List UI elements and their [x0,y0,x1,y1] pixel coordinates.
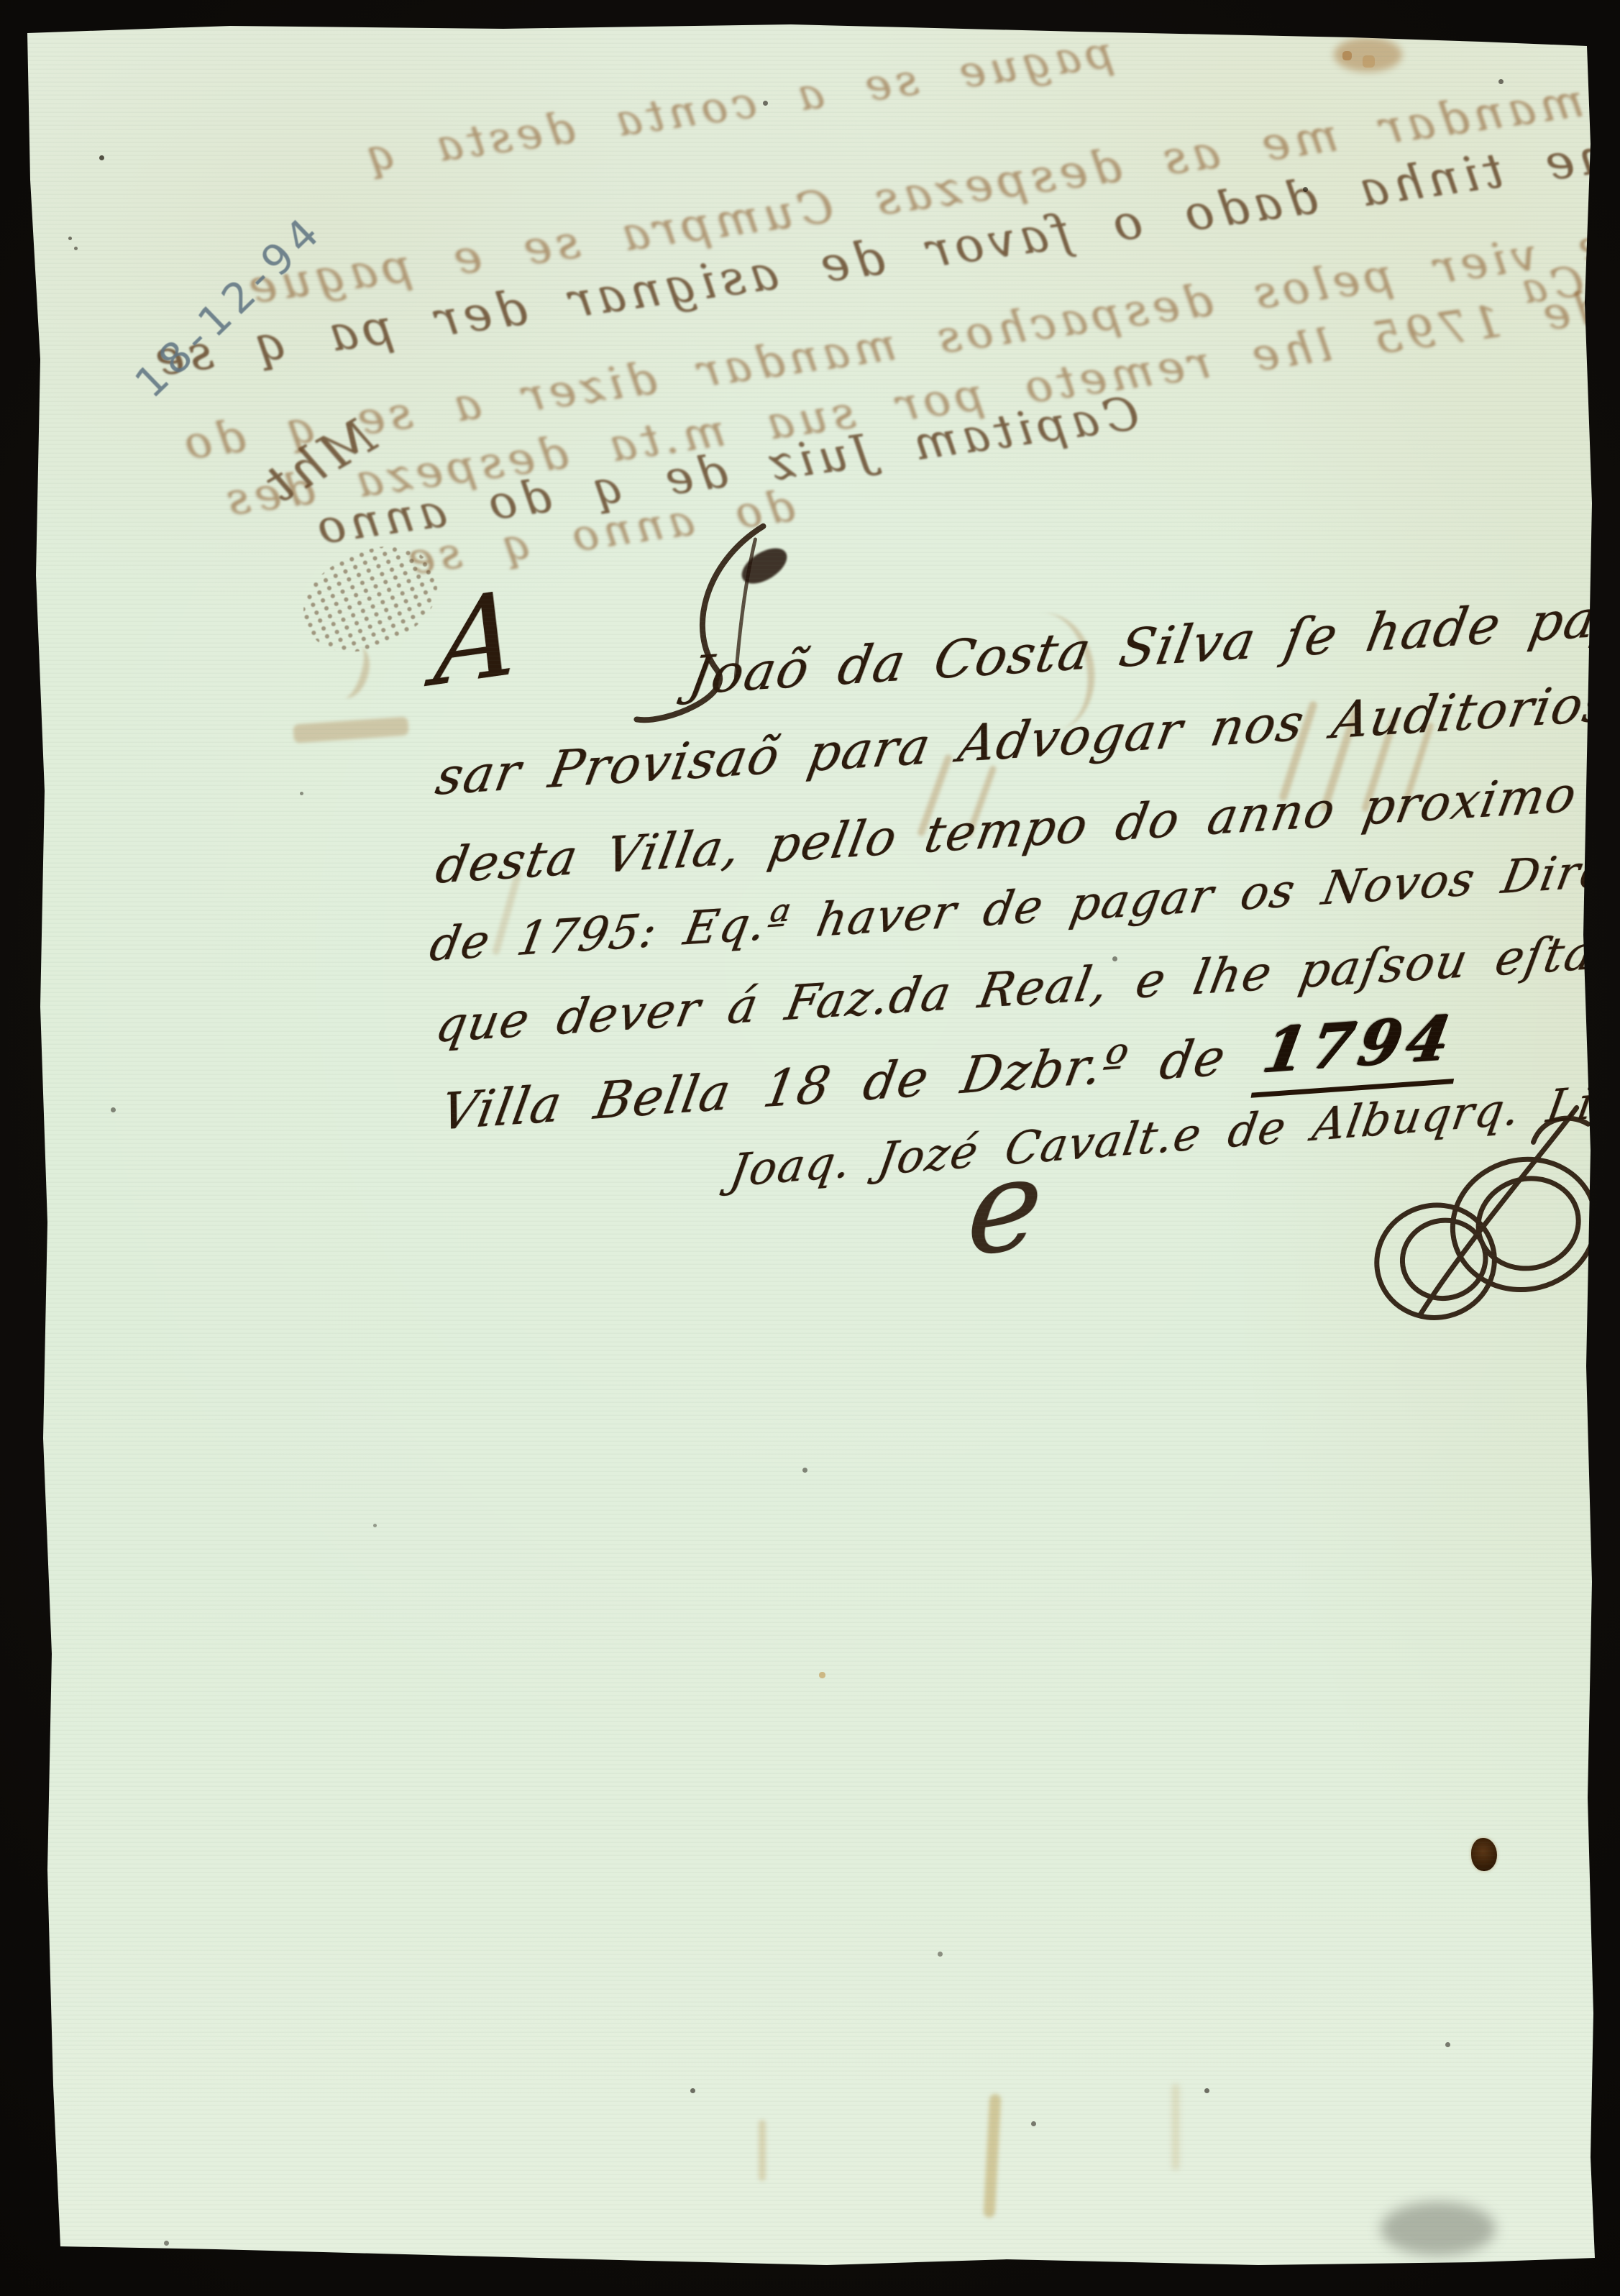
showthrough-line: pague se a conta desta q [360,27,1117,182]
corner-smudge [1381,2202,1496,2256]
scanned-manuscript-page: pague se a conta desta q He de mandar me… [0,0,1620,2296]
edge-stain [1334,37,1402,72]
showthrough-fragment: Mht [252,406,385,516]
stain-streak [1172,2084,1179,2170]
showthrough-fragment: Ca [1514,256,1588,314]
showthrough-stroke [1399,722,1434,813]
showthrough-line: que me vier pelos despachos mandar dizer… [177,192,1620,470]
opening-flourish-stroke [585,513,818,746]
showthrough-paraph-speckle [289,529,452,669]
showthrough-line: de 1795 lhe remeto por sua m.ta despeza … [219,280,1607,526]
signature-flourish-e: e [964,1140,1048,1275]
showthrough-stroke [965,765,997,838]
letter-opening-capital: A [431,574,523,703]
pencil-archival-date: 18-12-94 [125,205,332,408]
showthrough-stroke [1278,700,1318,802]
showthrough-crescent [993,607,1102,737]
paper-specks [0,0,2,2]
showthrough-stroke [917,754,953,837]
letter-body-line: de 1795: Eq.ª haver de pagar os Novos Di… [426,838,1620,972]
showthrough-stroke [492,871,523,956]
showthrough-line: Capitam Juiz de q do anno [309,387,1142,556]
letter-body-line: Joaõ da Costa Silva ſe hade paſ [685,587,1620,706]
showthrough-line: me tinha dado o favor de asignar der pa … [147,125,1620,387]
dateline-place-and-day: Villa Bella 18 de Dzbr.º de [436,1027,1231,1141]
letter-body-line: desta Villa, pello tempo do anno proximo [431,766,1582,895]
stain-streak [759,2120,766,2181]
stain-streak [984,2094,1002,2218]
showthrough-line: He de mandar me as despezas Cumpra se e … [241,43,1620,315]
signature-paraph-rubric [1337,1099,1620,1343]
showthrough-line: do anno q se [401,480,798,585]
letter-body-line: que dever á Faz.da Real, e lhe paſsou eſ… [431,925,1600,1053]
showthrough-stroke [1319,708,1360,813]
letter-body-line: sar Provisaõ para Advogar nos Auditorios [431,673,1616,807]
ink-blot [736,541,793,590]
paper-vignette [0,0,1620,2296]
paper-sheet: pague se a conta desta q He de mandar me… [0,0,1620,2296]
showthrough-stroke [1361,715,1399,813]
ink-hole-blotch [1471,1838,1497,1871]
showthrough-smudge [293,716,408,743]
dateline-year-underlined: 1794 [1251,1000,1468,1097]
showthrough-crescent [329,642,376,703]
signature-line: Joaq. Jozé Cavalt.e de Albuqrq. Lins [726,1071,1620,1197]
letter-dateline: Villa Bella 18 de Dzbr.º de 1794 [436,1000,1468,1144]
